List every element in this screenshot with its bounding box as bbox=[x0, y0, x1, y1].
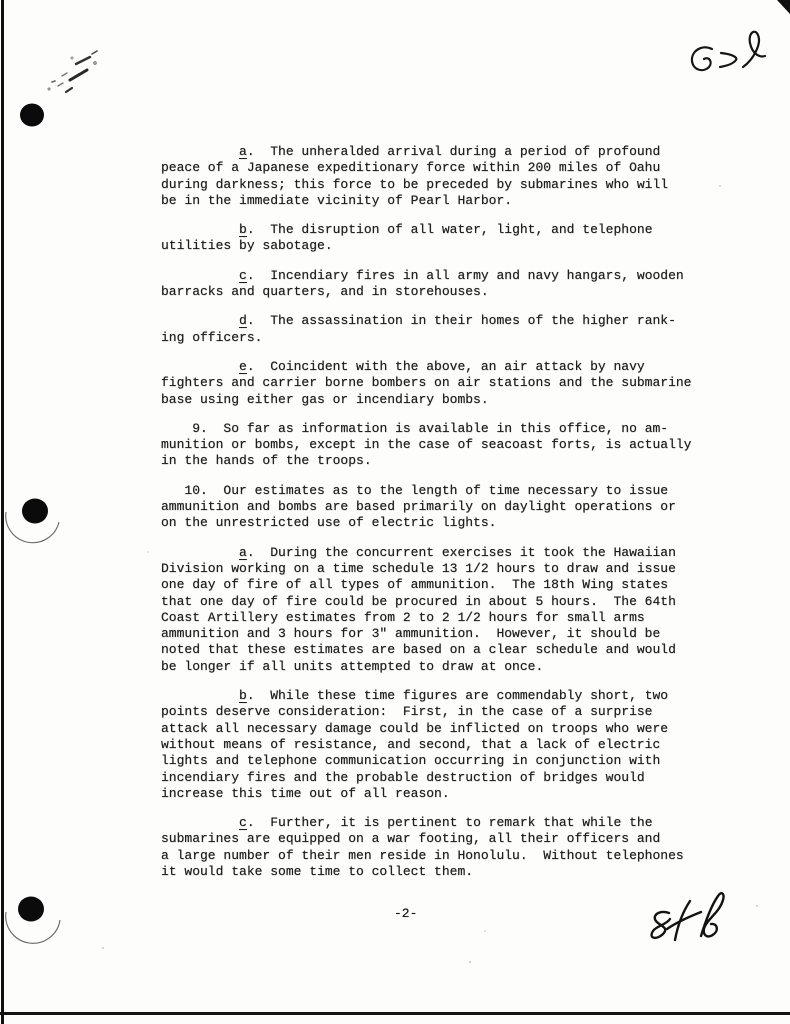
document-body: a. The unheralded arrival during a perio… bbox=[161, 144, 692, 893]
handwritten-mark-846 bbox=[652, 893, 724, 940]
text-line: be longer if all units attempted to draw… bbox=[161, 659, 692, 675]
text-line: 10. Our estimates as to the length of ti… bbox=[161, 483, 692, 499]
text-line: it would take some time to collect them. bbox=[161, 864, 692, 880]
text-line: incendiary fires and the probable destru… bbox=[161, 770, 692, 786]
text-line: e. Coincident with the above, an air att… bbox=[161, 359, 692, 375]
paragraph-item-e: e. Coincident with the above, an air att… bbox=[161, 359, 692, 408]
text-line: a. During the concurrent exercises it to… bbox=[161, 545, 692, 561]
text-line: attack all necessary damage could be inf… bbox=[161, 721, 692, 737]
pencil-scribble bbox=[48, 51, 97, 92]
text-line: b. While these time figures are commenda… bbox=[161, 688, 692, 704]
text-line: c. Further, it is pertinent to remark th… bbox=[161, 815, 692, 831]
paragraph-label: a bbox=[239, 144, 247, 159]
paragraph-item-b: b. The disruption of all water, light, a… bbox=[161, 222, 692, 255]
paragraph-item-10c: c. Further, it is pertinent to remark th… bbox=[161, 815, 692, 880]
corner-mark bbox=[777, 0, 790, 14]
text-line: b. The disruption of all water, light, a… bbox=[161, 222, 692, 238]
page-number: -2- bbox=[394, 906, 417, 921]
paragraph-label: b bbox=[239, 688, 247, 703]
paragraphs: a. The unheralded arrival during a perio… bbox=[161, 144, 692, 880]
text-line: points deserve consideration: First, in … bbox=[161, 704, 692, 720]
text-line: Division working on a time schedule 13 1… bbox=[161, 561, 692, 577]
text-line: one day of fire of all types of ammuniti… bbox=[161, 577, 692, 593]
paragraph-para-9: 9. So far as information is available in… bbox=[161, 421, 692, 470]
paragraph-item-d: d. The assassination in their homes of t… bbox=[161, 313, 692, 346]
text-line: a large number of their men reside in Ho… bbox=[161, 848, 692, 864]
text-line: submarines are equipped on a war footing… bbox=[161, 831, 692, 847]
scan-edge-left bbox=[1, 0, 4, 1024]
text-line: d. The assassination in their homes of t… bbox=[161, 313, 692, 329]
hole-punch-middle bbox=[6, 499, 59, 543]
text-line: c. Incendiary fires in all army and navy… bbox=[161, 268, 692, 284]
text-line: utilities by sabotage. bbox=[161, 238, 692, 254]
text-line: on the unrestricted use of electric ligh… bbox=[161, 515, 692, 531]
scan-edge-bottom bbox=[0, 1012, 790, 1015]
text-line: in the hands of the troops. bbox=[161, 453, 692, 469]
text-line: noted that these estimates are based on … bbox=[161, 642, 692, 658]
text-line: ammunition and bombs are based primarily… bbox=[161, 499, 692, 515]
text-line: ing officers. bbox=[161, 330, 692, 346]
text-line: peace of a Japanese expeditionary force … bbox=[161, 160, 692, 176]
paragraph-label: c bbox=[239, 268, 247, 283]
text-line: without means of resistance, and second,… bbox=[161, 737, 692, 753]
text-line: munition or bombs, except in the case of… bbox=[161, 437, 692, 453]
paragraph-label: a bbox=[239, 545, 247, 560]
paragraph-item-10a: a. During the concurrent exercises it to… bbox=[161, 545, 692, 675]
paragraph-label: c bbox=[239, 815, 247, 830]
text-line: 9. So far as information is available in… bbox=[161, 421, 692, 437]
paragraph-item-c: c. Incendiary fires in all army and navy… bbox=[161, 268, 692, 301]
text-line: a. The unheralded arrival during a perio… bbox=[161, 144, 692, 160]
text-line: barracks and quarters, and in storehouse… bbox=[161, 284, 692, 300]
text-line: be in the immediate vicinity of Pearl Ha… bbox=[161, 193, 692, 209]
paragraph-label: 9 bbox=[192, 421, 200, 436]
text-line: lights and telephone communication occur… bbox=[161, 753, 692, 769]
paragraph-label: d bbox=[239, 313, 247, 328]
paragraph-label: 10 bbox=[184, 483, 200, 498]
text-line: ammunition and 3 hours for 3" ammunition… bbox=[161, 626, 692, 642]
handwritten-mark-top-right bbox=[692, 32, 765, 70]
text-line: Coast Artillery estimates from 2 to 2 1/… bbox=[161, 610, 692, 626]
text-line: fighters and carrier borne bombers on ai… bbox=[161, 375, 692, 391]
text-line: increase this time out of all reason. bbox=[161, 786, 692, 802]
text-line: during darkness; this force to be preced… bbox=[161, 177, 692, 193]
paragraph-item-a: a. The unheralded arrival during a perio… bbox=[161, 144, 692, 209]
paragraph-para-10: 10. Our estimates as to the length of ti… bbox=[161, 483, 692, 532]
hole-punch-top bbox=[20, 104, 44, 127]
text-line: base using either gas or incendiary bomb… bbox=[161, 392, 692, 408]
hole-punch-bottom bbox=[6, 897, 60, 944]
paragraph-item-10b: b. While these time figures are commenda… bbox=[161, 688, 692, 802]
text-line: that one day of fire could be procured i… bbox=[161, 594, 692, 610]
paragraph-label: b bbox=[239, 222, 247, 237]
paragraph-label: e bbox=[239, 359, 247, 374]
document-page: a. The unheralded arrival during a perio… bbox=[0, 0, 790, 1024]
